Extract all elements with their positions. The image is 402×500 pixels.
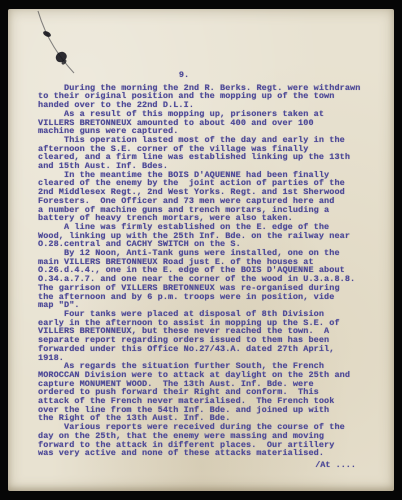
- scan-background: 9. During the morning the 2nd R. Berks. …: [0, 0, 402, 500]
- footer-continuation: /At ....: [8, 461, 394, 470]
- paragraph: This operation lasted most of the day an…: [38, 136, 366, 171]
- paragraph: A line was firmly established on the E. …: [38, 223, 366, 249]
- document-body: During the morning the 2nd R. Berks. Reg…: [8, 84, 394, 458]
- paragraph: Four tanks were placed at disposal of 8t…: [38, 310, 366, 362]
- paragraph: During the morning the 2nd R. Berks. Reg…: [38, 84, 366, 110]
- page-number: 9.: [8, 71, 394, 80]
- paragraph: As regards the situation further South, …: [38, 362, 366, 423]
- paragraph: In the meantime the BOIS D'AQUENNE had b…: [38, 171, 366, 223]
- document-page: 9. During the morning the 2nd R. Berks. …: [8, 9, 394, 491]
- paragraph: As a result of this mopping up, prisoner…: [38, 110, 366, 136]
- paragraph: By 12 Noon, Anti-Tank guns were installe…: [38, 249, 366, 310]
- paragraph: Various reports were received during the…: [38, 423, 366, 458]
